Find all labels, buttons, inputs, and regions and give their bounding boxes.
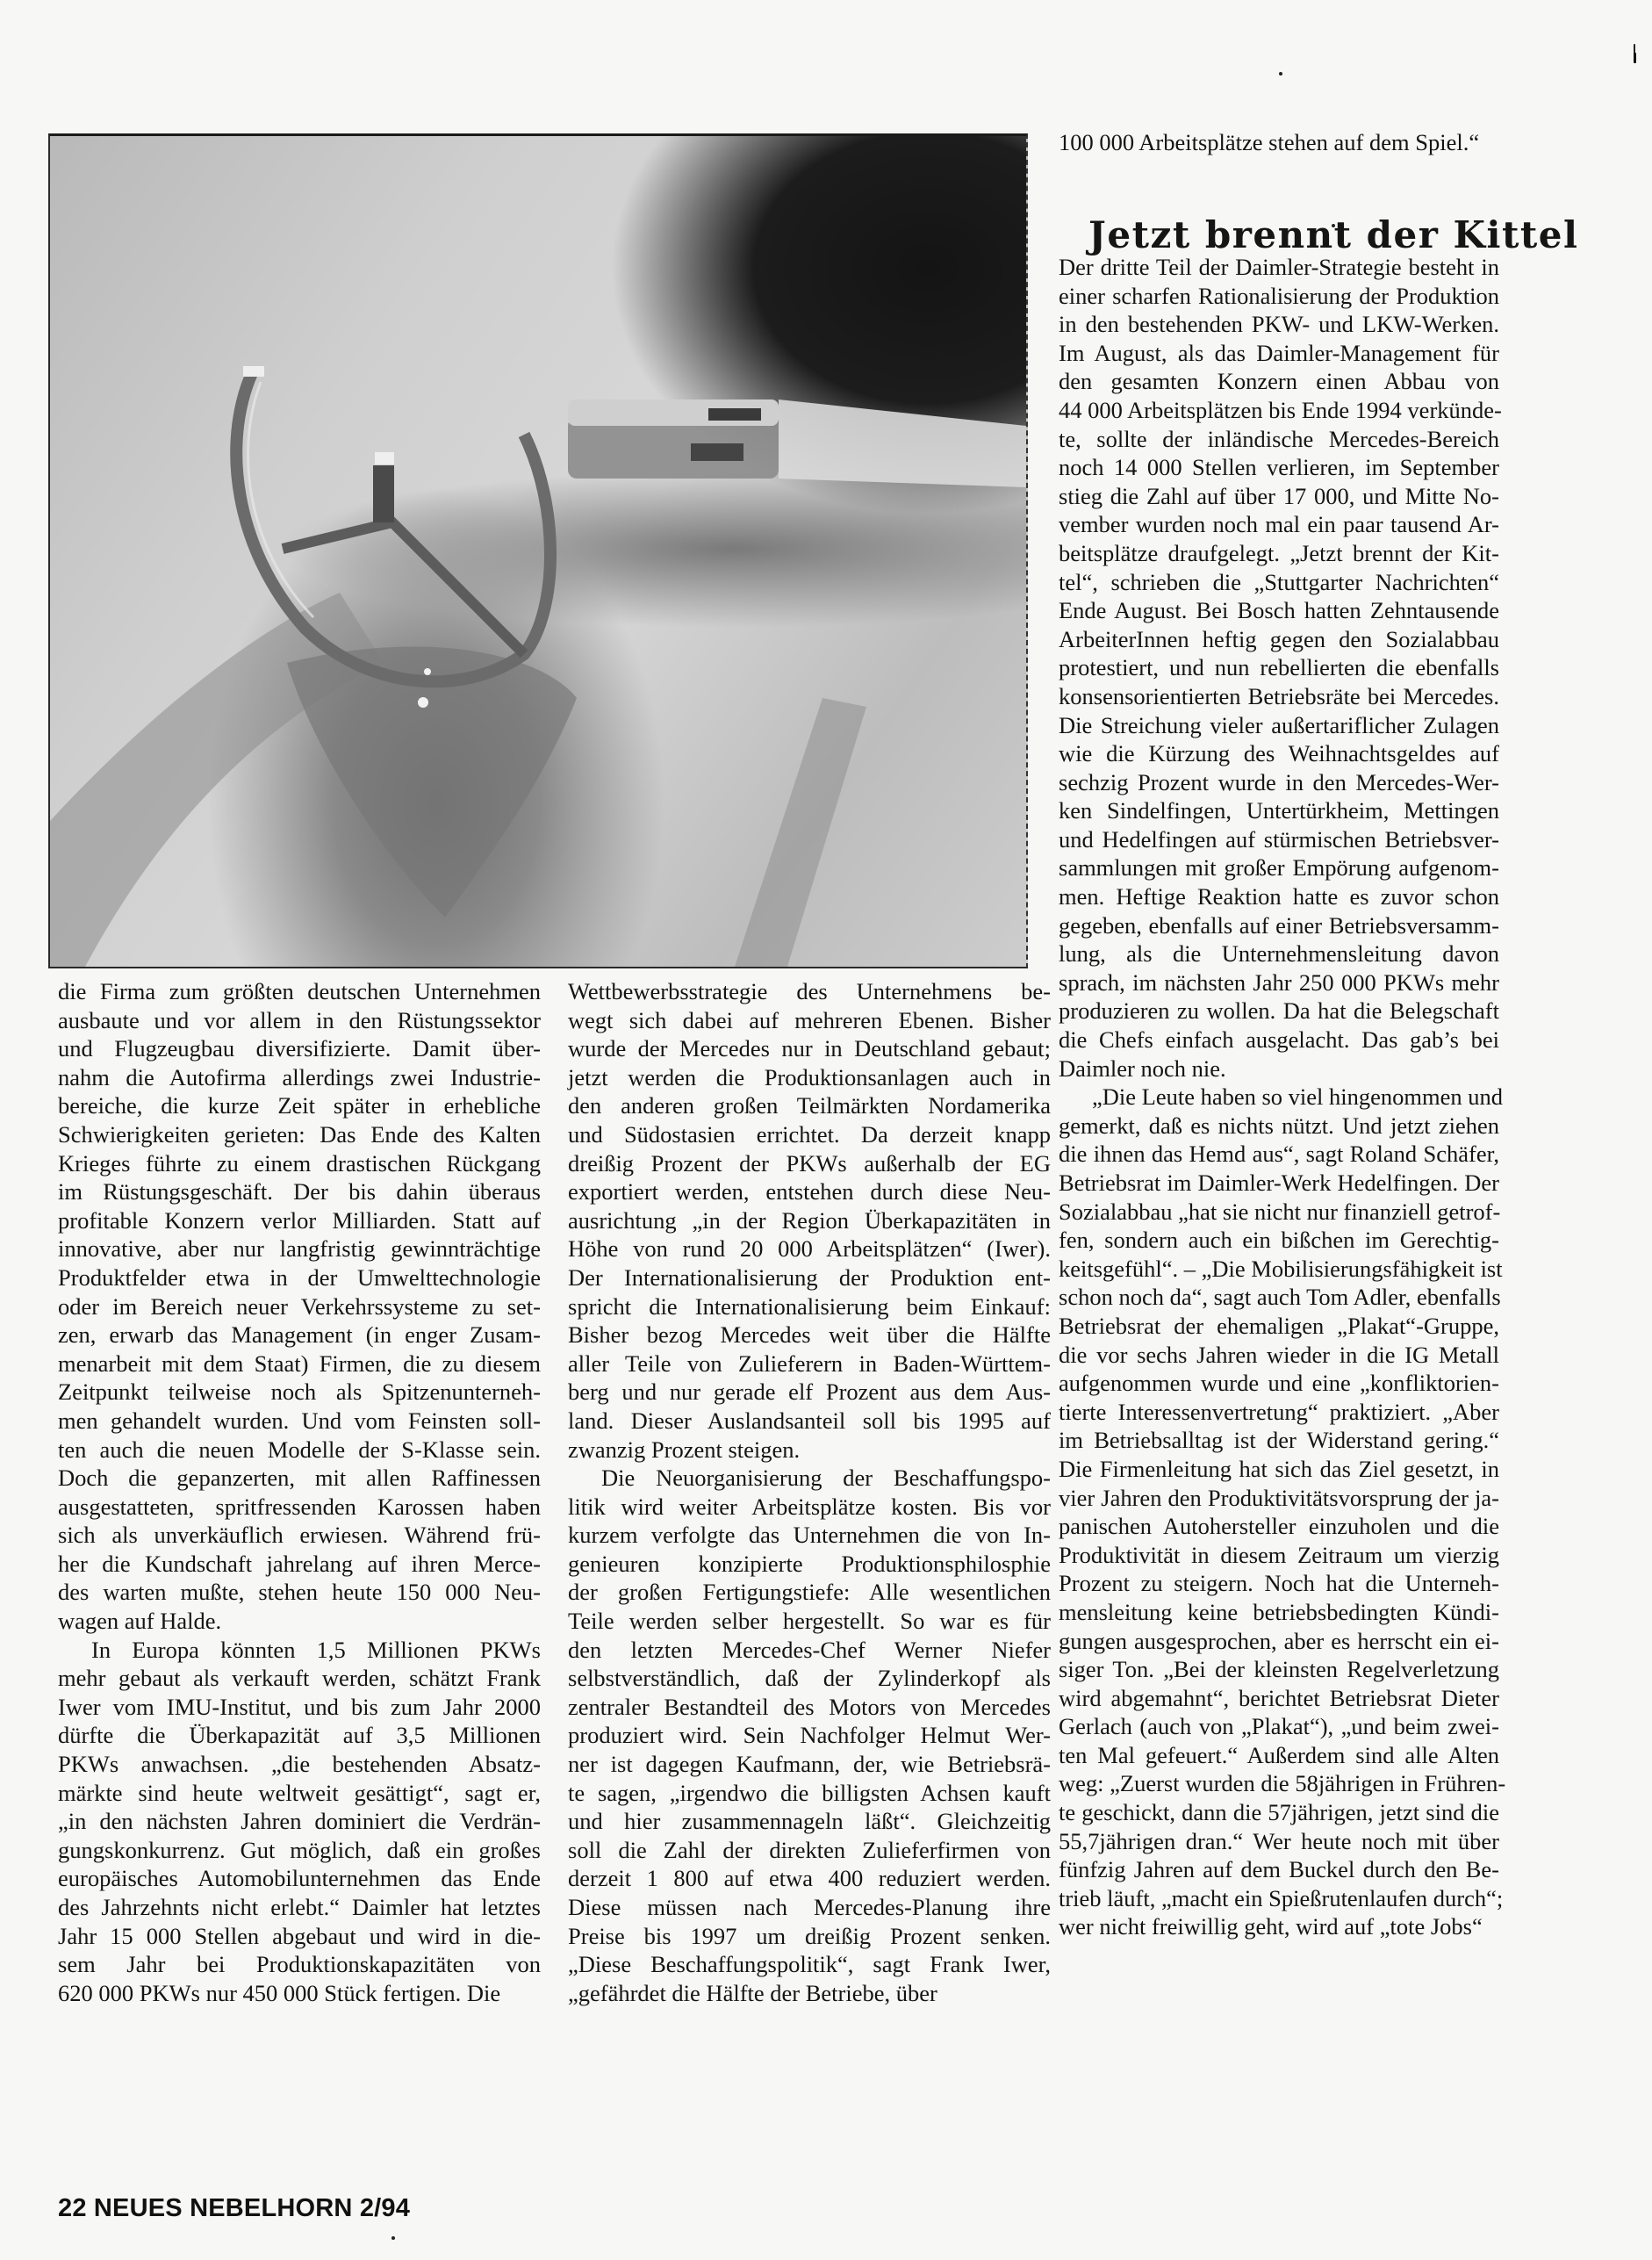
text-line: genieuren konzipierte Produktionsphilosp… — [568, 1550, 1051, 1579]
text-line: protestiert, und nun rebellierten die eb… — [1059, 653, 1499, 682]
text-line: oder im Bereich neuer Verkehrssysteme zu… — [58, 1292, 541, 1321]
text-line: produzieren zu wollen. Da hat die Belegs… — [1059, 997, 1499, 1026]
text-line: stieg die Zahl auf über 17 000, und Mitt… — [1059, 482, 1499, 511]
text-line: Der dritte Teil der Daimler-Strategie be… — [1059, 253, 1499, 282]
text-line: land. Dieser Auslandsanteil soll bis 199… — [568, 1407, 1051, 1436]
text-line: ner ist dagegen Kaufmann, der, wie Betri… — [568, 1750, 1051, 1779]
text-line: her die Kundschaft jahrelang auf ihren M… — [58, 1550, 541, 1579]
text-line: lung, als die Unternehmensleitung davon — [1059, 939, 1499, 968]
text-line: Preise bis 1997 um dreißig Prozent senke… — [568, 1922, 1051, 1951]
text-line: wegt sich dabei auf mehreren Ebenen. Bis… — [568, 1006, 1051, 1035]
text-line: sechzig Prozent wurde in den Mercedes-We… — [1059, 768, 1499, 797]
right-column-lead-line: 100 000 Arbeitsplätze stehen auf dem Spi… — [1059, 128, 1499, 157]
text-line: keitsgefühl“. – „Die Mobilisierungsfähig… — [1059, 1255, 1499, 1284]
text-line: jetzt werden die Produktionsanlagen auch… — [568, 1063, 1051, 1092]
text-line: europäisches Automobilunternehmen das En… — [58, 1864, 541, 1893]
text-line: panischen Autohersteller einzuholen und … — [1059, 1512, 1499, 1541]
text-line: ArbeiterInnen heftig gegen den Sozialabb… — [1059, 625, 1499, 654]
text-line: Daimler noch nie. — [1059, 1054, 1499, 1083]
text-line: Krieges führte zu einem drastischen Rück… — [58, 1149, 541, 1178]
article-photo — [48, 133, 1028, 968]
text-line: Jahr 15 000 Stellen abgebaut und wird in… — [58, 1922, 541, 1951]
text-line: selbstverständlich, daß der Zylinderkopf… — [568, 1664, 1051, 1693]
text-line: litik wird weiter Arbeitsplätze kosten. … — [568, 1493, 1051, 1522]
text-line: den gesamten Konzern einen Abbau von — [1059, 367, 1499, 396]
text-line: sprach, im nächsten Jahr 250 000 PKWs me… — [1059, 968, 1499, 997]
text-line: die ihnen das Hemd aus“, sagt Roland Sch… — [1059, 1140, 1499, 1169]
text-line: Betriebsrat im Daimler-Werk Hedelfingen.… — [1059, 1169, 1499, 1198]
text-line: den anderen großen Teilmärkten Nordameri… — [568, 1091, 1051, 1120]
text-line: derzeit 1 800 auf etwa 400 reduziert wer… — [568, 1864, 1051, 1893]
text-line: Schwierigkeiten gerieten: Das Ende des K… — [58, 1120, 541, 1149]
text-line: im Betriebsalltag ist der Widerstand ger… — [1059, 1426, 1499, 1455]
text-line: aufgenommen wurde und eine „konfliktorie… — [1059, 1369, 1499, 1398]
text-line: sich als unverkäuflich erwiesen. Während… — [58, 1521, 541, 1550]
text-line: gegeben, ebenfalls auf einer Betriebsver… — [1059, 911, 1499, 940]
text-line: Teile werden selber hergestellt. So war … — [568, 1607, 1051, 1636]
text-line: mensleitung keine betriebsbedingten Künd… — [1059, 1598, 1499, 1627]
text-line: zen, erwarb das Management (in enger Zus… — [58, 1321, 541, 1350]
text-line: „Diese Beschaffungspolitik“, sagt Frank … — [568, 1950, 1051, 1979]
scan-mark — [1634, 53, 1636, 63]
text-line: Im August, als das Daimler-Management fü… — [1059, 339, 1499, 368]
text-line: tel“, schrieben die „Stuttgarter Nachric… — [1059, 568, 1499, 597]
text-line: vember wurden noch mal ein paar tausend … — [1059, 510, 1499, 539]
text-line: siger Ton. „Bei der kleinsten Regelverle… — [1059, 1655, 1499, 1684]
text-line: die Chefs einfach ausgelacht. Das gab’s … — [1059, 1026, 1499, 1054]
text-line: mehr gebaut als verkauft werden, schätzt… — [58, 1664, 541, 1693]
text-line: konsensorientierten Betriebsräte bei Mer… — [1059, 682, 1499, 711]
text-line: fen, sondern auch ein bißchen im Gerecht… — [1059, 1226, 1499, 1255]
text-line: zwanzig Prozent steigen. — [568, 1436, 1051, 1465]
text-line: sammlungen mit großer Empörung aufgenom- — [1059, 853, 1499, 882]
text-line: te, sollte der inländische Mercedes-Bere… — [1059, 425, 1499, 454]
text-line: Diese müssen nach Mercedes-Planung ihre — [568, 1893, 1051, 1922]
text-line: der großen Fertigungstiefe: Alle wesentl… — [568, 1578, 1051, 1607]
text-line: sem Jahr bei Produktionskapazitäten von — [58, 1950, 541, 1979]
text-line: wer nicht freiwillig geht, wird auf „tot… — [1059, 1912, 1499, 1941]
text-line: profitable Konzern verlor Milliarden. St… — [58, 1206, 541, 1235]
text-line: spricht die Internationalisierung beim E… — [568, 1292, 1051, 1321]
scan-speck — [1332, 224, 1335, 227]
text-line: „gefährdet die Hälfte der Betriebe, über — [568, 1979, 1051, 2008]
article-column-middle: Wettbewerbsstrategie des Unternehmens be… — [568, 977, 1051, 2007]
article-column-right-body: Der dritte Teil der Daimler-Strategie be… — [1059, 253, 1499, 1941]
text-line: im Rüstungsgeschäft. Der bis dahin übera… — [58, 1177, 541, 1206]
text-line: und hier zusammennageln läßt“. Gleichzei… — [568, 1807, 1051, 1836]
text-line: ausbaute und vor allem in den Rüstungsse… — [58, 1006, 541, 1035]
text-line: noch 14 000 Stellen verlieren, im Septem… — [1059, 453, 1499, 482]
text-line: und Hedelfingen auf stürmischen Betriebs… — [1059, 825, 1499, 854]
text-line: Gerlach (auch von „Plakat“), „und beim z… — [1059, 1712, 1499, 1741]
text-line: dürfte die Überkapazität auf 3,5 Million… — [58, 1721, 541, 1750]
text-line: ten Mal gefeuert.“ Außerdem sind alle Al… — [1059, 1741, 1499, 1770]
text-line: wagen auf Halde. — [58, 1607, 541, 1636]
text-line: nahm die Autofirma allerdings zwei Indus… — [58, 1063, 541, 1092]
text-line: ausrichtung „in der Region Überkapazität… — [568, 1206, 1051, 1235]
text-line: 620 000 PKWs nur 450 000 Stück fertigen.… — [58, 1979, 541, 2008]
text-line: menarbeit mit dem Staat) Firmen, die zu … — [58, 1350, 541, 1378]
text-line: produziert wird. Sein Nachfolger Helmut … — [568, 1721, 1051, 1750]
scan-speck — [391, 2236, 395, 2240]
text-line: weg: „Zuerst wurden die 58jährigen in Fr… — [1059, 1769, 1499, 1798]
text-line: soll die Zahl der direkten Zulieferfirme… — [568, 1836, 1051, 1865]
text-line: aller Teile von Zulieferern in Baden-Wür… — [568, 1350, 1051, 1378]
text-line: In Europa könnten 1,5 Millionen PKWs — [58, 1636, 541, 1665]
text-line: „Die Leute haben so viel hingenommen und — [1059, 1083, 1499, 1112]
text-line: Wettbewerbsstrategie des Unternehmens be… — [568, 977, 1051, 1006]
text-line: ten auch die neuen Modelle der S-Klasse … — [58, 1436, 541, 1465]
text-line: Ende August. Bei Bosch hatten Zehntausen… — [1059, 596, 1499, 625]
text-line: die Firma zum größten deutschen Unterneh… — [58, 977, 541, 1006]
text-line: den letzten Mercedes-Chef Werner Niefer — [568, 1636, 1051, 1665]
text-line: men. Heftige Reaktion hatte es zuvor sch… — [1059, 882, 1499, 911]
text-line: Sozialabbau „hat sie nicht nur finanziel… — [1059, 1198, 1499, 1227]
text-line: 44 000 Arbeitsplätzen bis Ende 1994 verk… — [1059, 396, 1499, 425]
text-line: einer scharfen Rationalisierung der Prod… — [1059, 282, 1499, 311]
text-line: Iwer vom IMU-Institut, und bis zum Jahr … — [58, 1693, 541, 1722]
text-line: gungskonkurrenz. Gut möglich, daß ein gr… — [58, 1836, 541, 1865]
text-line: Die Firmenleitung hat sich das Ziel gese… — [1059, 1455, 1499, 1484]
text-line: PKWs anwachsen. „die bestehenden Absatz- — [58, 1750, 541, 1779]
text-line: te geschickt, dann die 57jährigen, jetzt… — [1059, 1798, 1499, 1827]
text-line: schon noch da“, sagt auch Tom Adler, ebe… — [1059, 1283, 1499, 1312]
text-line: innovative, aber nur langfristig gewinnt… — [58, 1234, 541, 1263]
text-line: und Südostasien errichtet. Da derzeit kn… — [568, 1120, 1051, 1149]
text-line: des Jahrzehnts nicht erlebt.“ Daimler ha… — [58, 1893, 541, 1922]
text-line: zentraler Bestandteil des Motors von Mer… — [568, 1693, 1051, 1722]
text-line: Produktivität in diesem Zeitraum um vier… — [1059, 1541, 1499, 1570]
text-line: gemerkt, daß es nichts nützt. Und jetzt … — [1059, 1112, 1499, 1141]
text-line: Zeitpunkt teilweise noch als Spitzenunte… — [58, 1378, 541, 1407]
text-line: te sagen, „irgendwo die billigsten Achse… — [568, 1779, 1051, 1808]
text-line: märkte sind heute weltweit gesättigt“, s… — [58, 1779, 541, 1808]
text-line: exportiert werden, entstehen durch diese… — [568, 1177, 1051, 1206]
text-line: Prozent zu steigern. Noch hat die Untern… — [1059, 1569, 1499, 1598]
text-line: berg und nur gerade elf Prozent aus dem … — [568, 1378, 1051, 1407]
page-folio: 22 NEUES NEBELHORN 2/94 — [58, 2194, 410, 2223]
text-line: beitsplätze draufgelegt. „Jetzt brennt d… — [1059, 539, 1499, 568]
section-subheading: Jetzt brennt der Kittel — [1088, 213, 1578, 256]
text-line: Die Streichung vieler außertariflicher Z… — [1059, 711, 1499, 740]
text-line: des warten mußte, stehen heute 150 000 N… — [58, 1578, 541, 1607]
text-line: wird abgemahnt“, berichtet Betriebsrat D… — [1059, 1684, 1499, 1713]
text-line: in den bestehenden PKW- und LKW-Werken. — [1059, 310, 1499, 339]
scan-speck — [1279, 72, 1282, 76]
steering-wheel-illustration — [50, 136, 1026, 967]
text-line: Der Internationalisierung der Produktion… — [568, 1263, 1051, 1292]
text-line: bereiche, die kurze Zeit später in erheb… — [58, 1091, 541, 1120]
text-line: gungen ausgesprochen, aber es herrscht e… — [1059, 1627, 1499, 1656]
text-line: fünfzig Jahren auf dem Buckel durch den … — [1059, 1855, 1499, 1884]
text-line: Doch die gepanzerten, mit allen Raffines… — [58, 1464, 541, 1493]
text-line: men gehandelt wurden. Und vom Feinsten s… — [58, 1407, 541, 1436]
text-line: Die Neuorganisierung der Beschaffungspo- — [568, 1464, 1051, 1493]
article-column-left: die Firma zum größten deutschen Unterneh… — [58, 977, 541, 2007]
text-line: tierte Interessenvertretung“ praktiziert… — [1059, 1398, 1499, 1427]
text-line: Produktfelder etwa in der Umwelttechnolo… — [58, 1263, 541, 1292]
text-line: vier Jahren den Produktivitätsvorsprung … — [1059, 1484, 1499, 1513]
text-line: „in den nächsten Jahren dominiert die Ve… — [58, 1807, 541, 1836]
text-line: 55,7jährigen dran.“ Wer heute noch mit ü… — [1059, 1827, 1499, 1856]
text-line: Betriebsrat der ehemaligen „Plakat“-Grup… — [1059, 1312, 1499, 1341]
text-line: trieb läuft, „macht ein Spießrutenlaufen… — [1059, 1884, 1499, 1913]
text-line: dreißig Prozent der PKWs außerhalb der E… — [568, 1149, 1051, 1178]
article-column-right: 100 000 Arbeitsplätze stehen auf dem Spi… — [1059, 128, 1499, 157]
text-line: wurde der Mercedes nur in Deutschland ge… — [568, 1034, 1051, 1063]
text-line: Bisher bezog Mercedes weit über die Hälf… — [568, 1321, 1051, 1350]
text-line: kurzem verfolgte das Unternehmen die von… — [568, 1521, 1051, 1550]
text-line: ken Sindelfingen, Untertürkheim, Metting… — [1059, 796, 1499, 825]
text-line: die vor sechs Jahren wieder in die IG Me… — [1059, 1341, 1499, 1370]
text-line: Höhe von rund 20 000 Arbeitsplätzen“ (Iw… — [568, 1234, 1051, 1263]
text-line: ausgestatteten, spritfressenden Karossen… — [58, 1493, 541, 1522]
text-line: und Flugzeugbau diversifizierte. Damit ü… — [58, 1034, 541, 1063]
text-line: wie die Kürzung des Weihnachtsgeldes auf — [1059, 739, 1499, 768]
